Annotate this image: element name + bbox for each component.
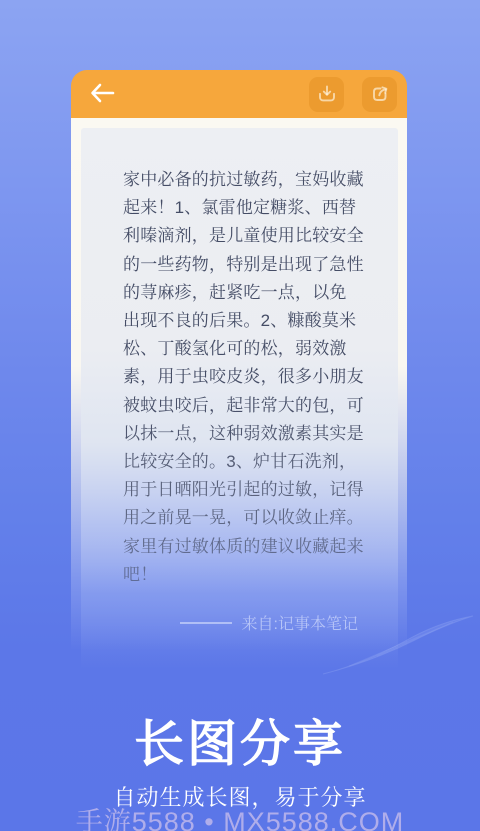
note-text-line: 以抹一点，这种弱效激素其实是 (123, 420, 368, 448)
share-icon (368, 82, 392, 106)
note-text-line: 用之前晃一晃，可以收敛止痒。 (123, 504, 368, 532)
promo-title: 长图分享 (0, 704, 480, 776)
note-text-line: 松、丁酸氢化可的松，弱效激 (123, 335, 368, 363)
note-text-line: 的荨麻疹，赶紧吃一点，以免 (123, 279, 368, 307)
note-text-line: 用于日晒阳光引起的过敏，记得 (123, 476, 368, 504)
share-preview-screen: 家中必备的抗过敏药，宝妈收藏起来！1、氯雷他定糖浆、西替利嗪滴剂，是儿童使用比较… (0, 0, 480, 831)
note-text-line: 吧！ (123, 561, 368, 589)
note-text-line: 素，用于虫咬皮炎，很多小朋友 (123, 363, 368, 391)
note-source: 来自:记事本笔记 (123, 611, 368, 634)
arrow-left-icon (88, 81, 116, 108)
note-source-label: 来自:记事本笔记 (242, 611, 358, 634)
preview-toolbar (71, 70, 407, 118)
note-text-line: 的一些药物，特别是出现了急性 (123, 251, 368, 279)
note-text-line: 比较安全的。3、炉甘石洗剂， (123, 448, 368, 476)
toolbar-actions (309, 77, 397, 112)
long-image-preview-card: 家中必备的抗过敏药，宝妈收藏起来！1、氯雷他定糖浆、西替利嗪滴剂，是儿童使用比较… (71, 70, 407, 710)
note-paper: 家中必备的抗过敏药，宝妈收藏起来！1、氯雷他定糖浆、西替利嗪滴剂，是儿童使用比较… (81, 128, 398, 710)
site-watermark: 手游5588 • MX5588.COM (0, 800, 480, 831)
note-text: 家中必备的抗过敏药，宝妈收藏起来！1、氯雷他定糖浆、西替利嗪滴剂，是儿童使用比较… (123, 166, 368, 589)
note-text-line: 起来！1、氯雷他定糖浆、西替 (123, 194, 368, 222)
download-button[interactable] (309, 77, 344, 112)
download-icon (315, 82, 339, 106)
share-button[interactable] (362, 77, 397, 112)
signature-dash (180, 622, 232, 624)
back-button[interactable] (85, 77, 119, 111)
preview-frame: 家中必备的抗过敏药，宝妈收藏起来！1、氯雷他定糖浆、西替利嗪滴剂，是儿童使用比较… (71, 118, 407, 710)
note-text-line: 利嗪滴剂，是儿童使用比较安全 (123, 222, 368, 250)
note-text-line: 出现不良的后果。2、糠酸莫米 (123, 307, 368, 335)
note-text-line: 被蚊虫咬后，起非常大的包，可 (123, 392, 368, 420)
note-text-line: 家里有过敏体质的建议收藏起来 (123, 533, 368, 561)
note-text-line: 家中必备的抗过敏药，宝妈收藏 (123, 166, 368, 194)
